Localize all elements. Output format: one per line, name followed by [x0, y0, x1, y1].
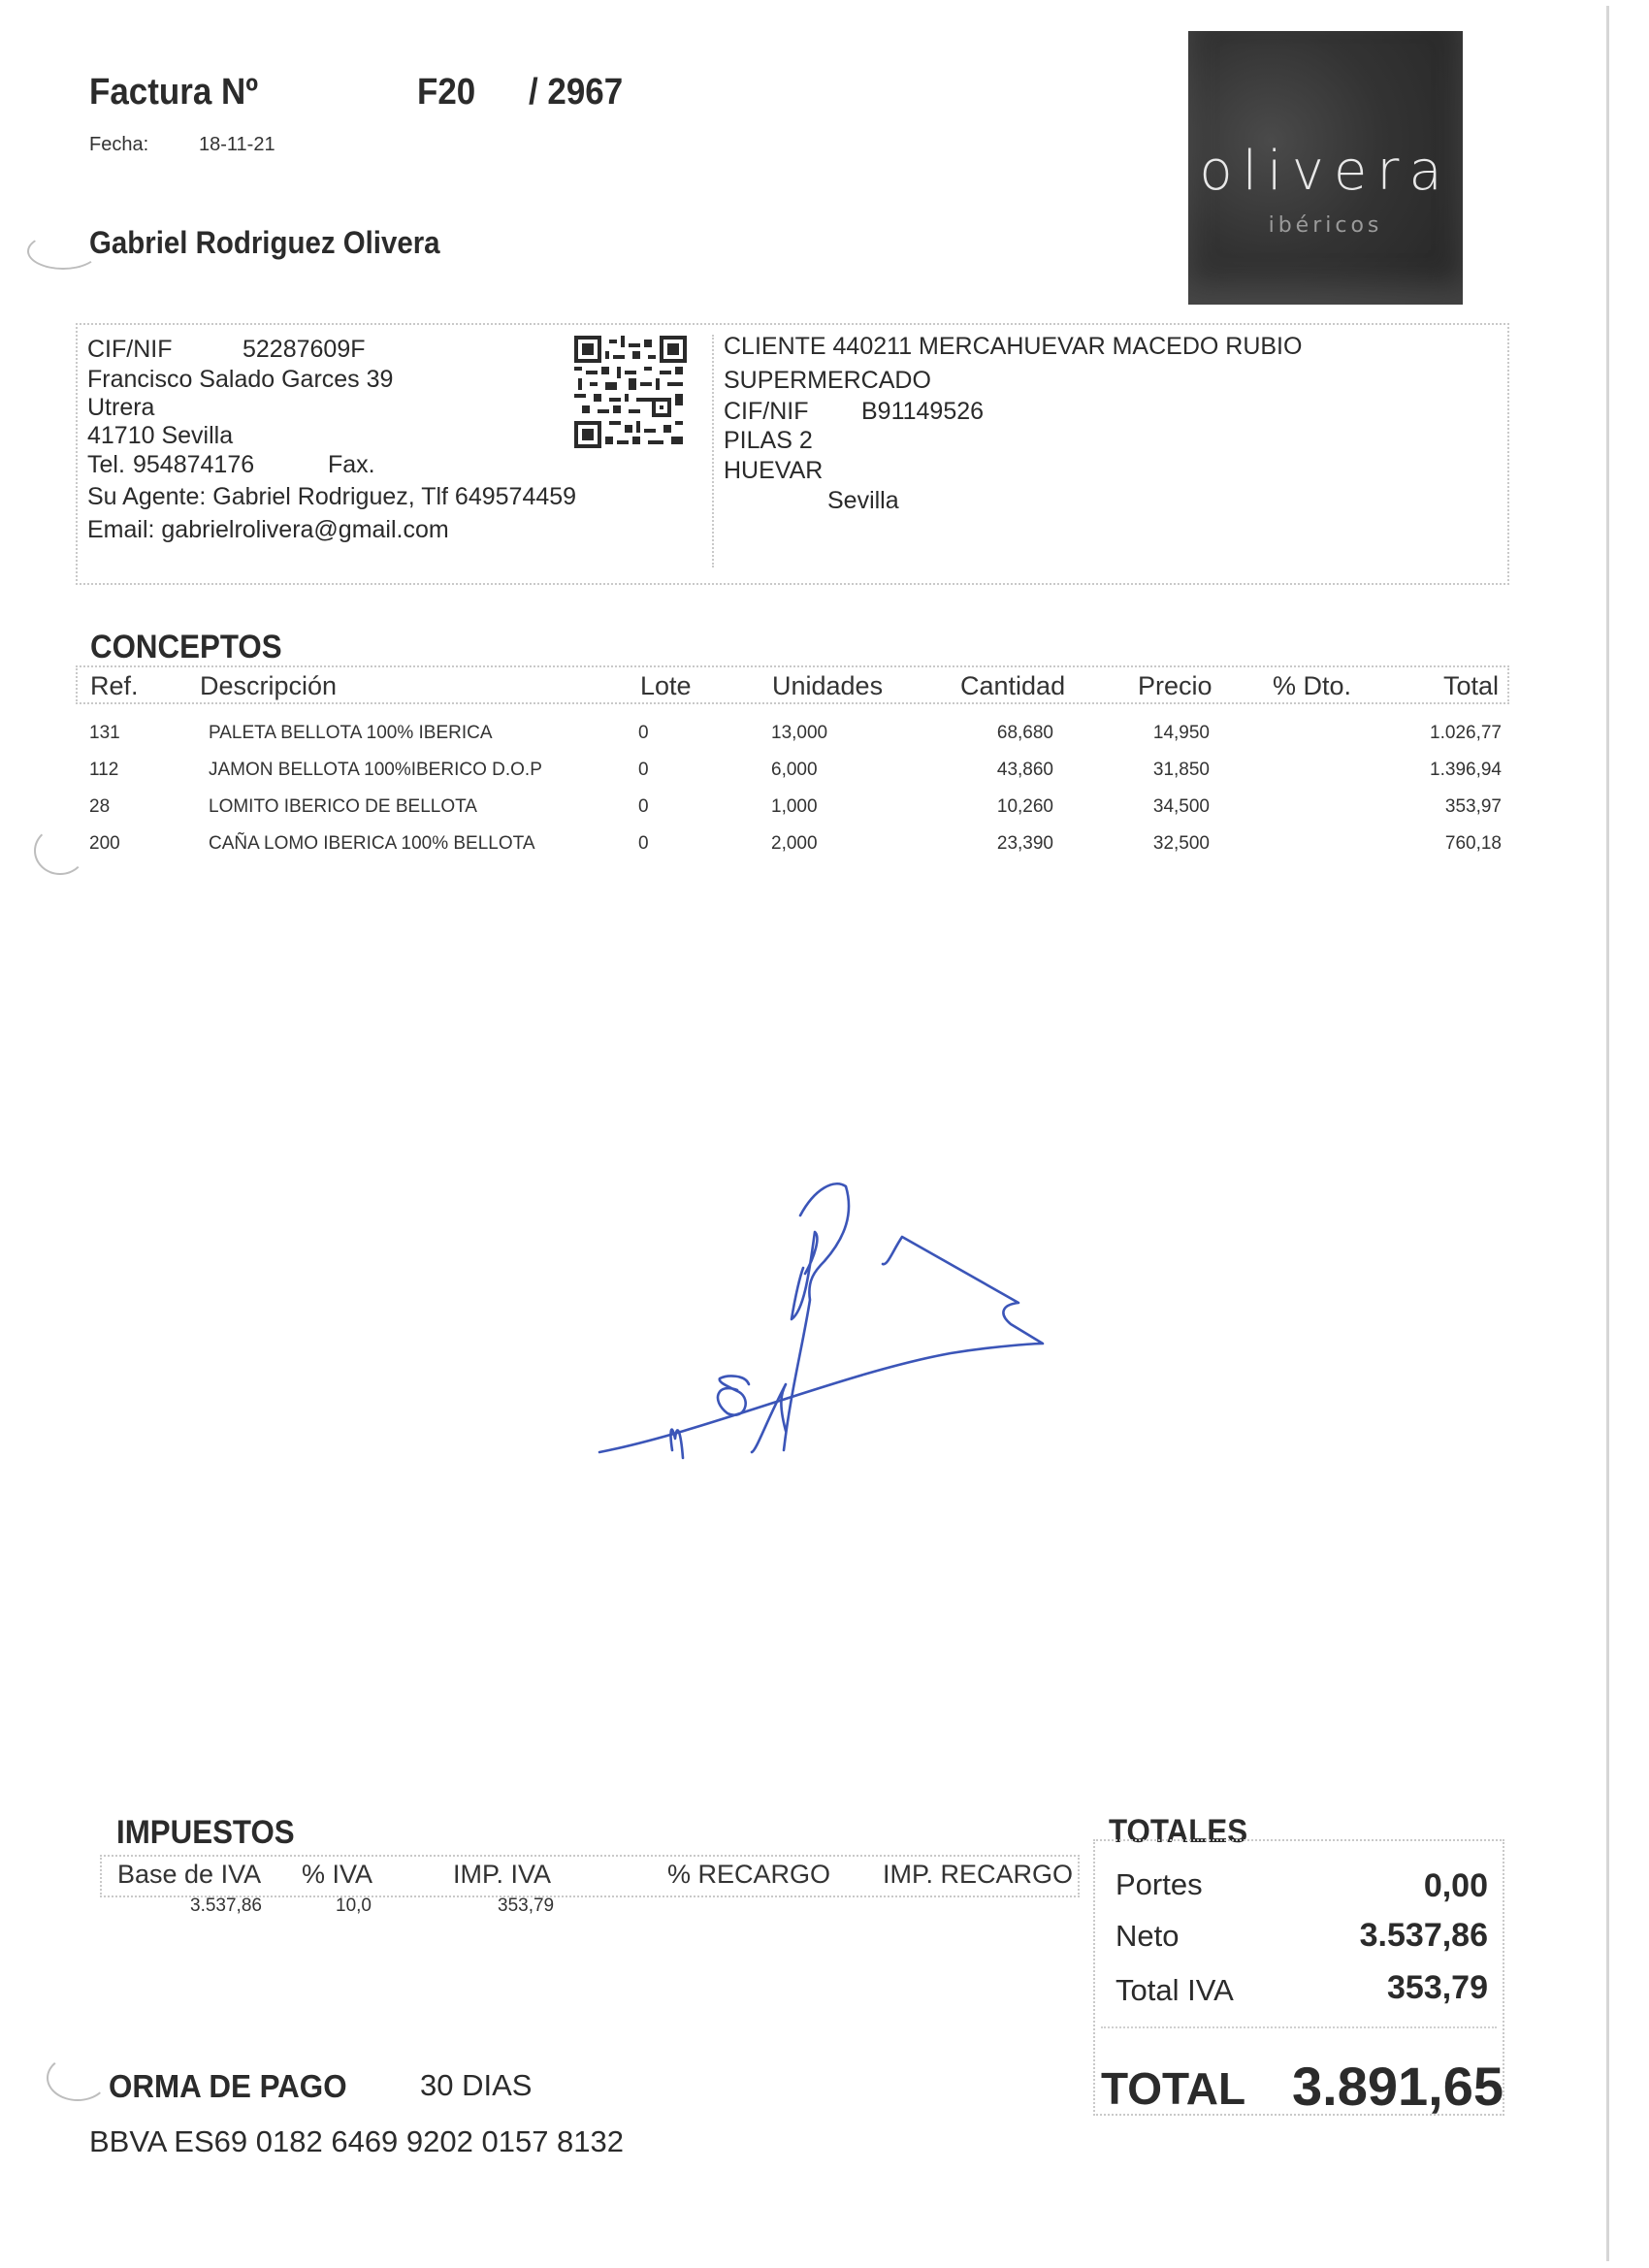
- cell-descripcion: JAMON BELLOTA 100%IBERICO D.O.P: [209, 760, 542, 781]
- col-ref: Ref.: [90, 671, 139, 701]
- col-imp-iva: IMP. IVA: [453, 1860, 551, 1890]
- scan-smudge: [27, 233, 99, 270]
- issuer-cif-label: CIF/NIF: [87, 336, 173, 364]
- cell-ref: 200: [89, 833, 120, 855]
- col-lote: Lote: [640, 671, 692, 701]
- address-divider: [712, 335, 714, 567]
- client-type: SUPERMERCADO: [724, 367, 931, 395]
- date-label: Fecha:: [89, 134, 148, 156]
- cell-total: 760,18: [1445, 833, 1502, 855]
- col-dto: % Dto.: [1273, 671, 1351, 701]
- portes-value: 0,00: [1424, 1867, 1488, 1905]
- invoice-series: F20: [417, 72, 475, 113]
- client-cif: B91149526: [861, 398, 984, 426]
- issuer-tel: 954874176: [133, 451, 254, 479]
- scan-smudge: [34, 826, 86, 875]
- invoice-number: / 2967: [529, 72, 623, 113]
- col-imp-recargo: IMP. RECARGO: [883, 1860, 1073, 1890]
- cell-precio: 34,500: [1153, 796, 1210, 818]
- col-unidades: Unidades: [772, 671, 883, 701]
- issuer-agent: Su Agente: Gabriel Rodriguez, Tlf 649574…: [87, 483, 576, 511]
- cell-descripcion: PALETA BELLOTA 100% IBERICA: [209, 723, 493, 744]
- client-province: Sevilla: [827, 487, 899, 515]
- col-total: Total: [1443, 671, 1499, 701]
- tax-amount: 353,79: [498, 1895, 554, 1917]
- col-descripcion: Descripción: [200, 671, 337, 701]
- cell-lote: 0: [638, 760, 649, 781]
- cell-precio: 32,500: [1153, 833, 1210, 855]
- issuer-cif: 52287609F: [242, 336, 366, 364]
- cell-descripcion: LOMITO IBERICO DE BELLOTA: [209, 796, 477, 818]
- cell-ref: 131: [89, 723, 120, 744]
- col-cantidad: Cantidad: [960, 671, 1065, 701]
- scan-smudge: [47, 2055, 109, 2101]
- conceptos-title: CONCEPTOS: [90, 629, 282, 666]
- neto-value: 3.537,86: [1360, 1917, 1488, 1955]
- tax-pct: 10,0: [336, 1895, 372, 1917]
- signature: [592, 1159, 1057, 1479]
- logo-subtitle: ibéricos: [1188, 213, 1463, 238]
- col-pct-recargo: % RECARGO: [667, 1860, 830, 1890]
- issuer-name: Gabriel Rodriguez Olivera: [89, 225, 440, 261]
- logo-brand: olivera: [1188, 140, 1463, 203]
- cell-lote: 0: [638, 833, 649, 855]
- tax-base: 3.537,86: [190, 1895, 262, 1917]
- col-pct-iva: % IVA: [302, 1860, 372, 1890]
- impuestos-title: IMPUESTOS: [116, 1814, 295, 1852]
- cell-lote: 0: [638, 796, 649, 818]
- cell-cantidad: 10,260: [997, 796, 1053, 818]
- client-name: CLIENTE 440211 MERCAHUEVAR MACEDO RUBIO: [724, 333, 1302, 361]
- client-town: HUEVAR: [724, 457, 823, 485]
- cell-total: 1.396,94: [1430, 760, 1502, 781]
- issuer-postal: 41710 Sevilla: [87, 422, 233, 450]
- col-base-iva: Base de IVA: [117, 1860, 261, 1890]
- invoice-date: 18-11-21: [199, 134, 275, 156]
- cell-descripcion: CAÑA LOMO IBERICA 100% BELLOTA: [209, 833, 535, 855]
- cell-cantidad: 43,860: [997, 760, 1053, 781]
- qr-code: [574, 334, 687, 450]
- bank-account: BBVA ES69 0182 6469 9202 0157 8132: [89, 2124, 624, 2159]
- grand-total-label: TOTAL: [1101, 2062, 1245, 2115]
- payment-terms: 30 DIAS: [420, 2068, 532, 2103]
- totales-separator: [1101, 2026, 1497, 2028]
- cell-lote: 0: [638, 723, 649, 744]
- issuer-address: Francisco Salado Garces 39: [87, 366, 393, 394]
- cell-unidades: 6,000: [771, 760, 818, 781]
- client-cif-label: CIF/NIF: [724, 398, 809, 426]
- invoice-label: Factura Nº: [89, 72, 258, 113]
- total-iva-label: Total IVA: [1115, 1973, 1234, 2008]
- cell-ref: 28: [89, 796, 110, 818]
- client-address: PILAS 2: [724, 427, 813, 455]
- grand-total-value: 3.891,65: [1292, 2055, 1503, 2118]
- cell-unidades: 1,000: [771, 796, 818, 818]
- total-iva-value: 353,79: [1387, 1969, 1488, 2007]
- cell-total: 1.026,77: [1430, 723, 1502, 744]
- cell-precio: 31,850: [1153, 760, 1210, 781]
- neto-label: Neto: [1115, 1919, 1179, 1954]
- cell-total: 353,97: [1445, 796, 1502, 818]
- issuer-city: Utrera: [87, 394, 154, 422]
- scan-edge-line: [1606, 6, 1609, 2261]
- company-logo: olivera ibéricos: [1188, 31, 1463, 305]
- cell-ref: 112: [89, 760, 118, 781]
- payment-label: ORMA DE PAGO: [109, 2068, 347, 2105]
- issuer-email: Email: gabrielrolivera@gmail.com: [87, 516, 449, 544]
- cell-unidades: 2,000: [771, 833, 818, 855]
- cell-unidades: 13,000: [771, 723, 827, 744]
- cell-cantidad: 68,680: [997, 723, 1053, 744]
- col-precio: Precio: [1138, 671, 1212, 701]
- portes-label: Portes: [1115, 1867, 1203, 1902]
- issuer-tel-label: Tel.: [87, 451, 125, 479]
- cell-cantidad: 23,390: [997, 833, 1053, 855]
- issuer-fax-label: Fax.: [328, 451, 375, 479]
- cell-precio: 14,950: [1153, 723, 1210, 744]
